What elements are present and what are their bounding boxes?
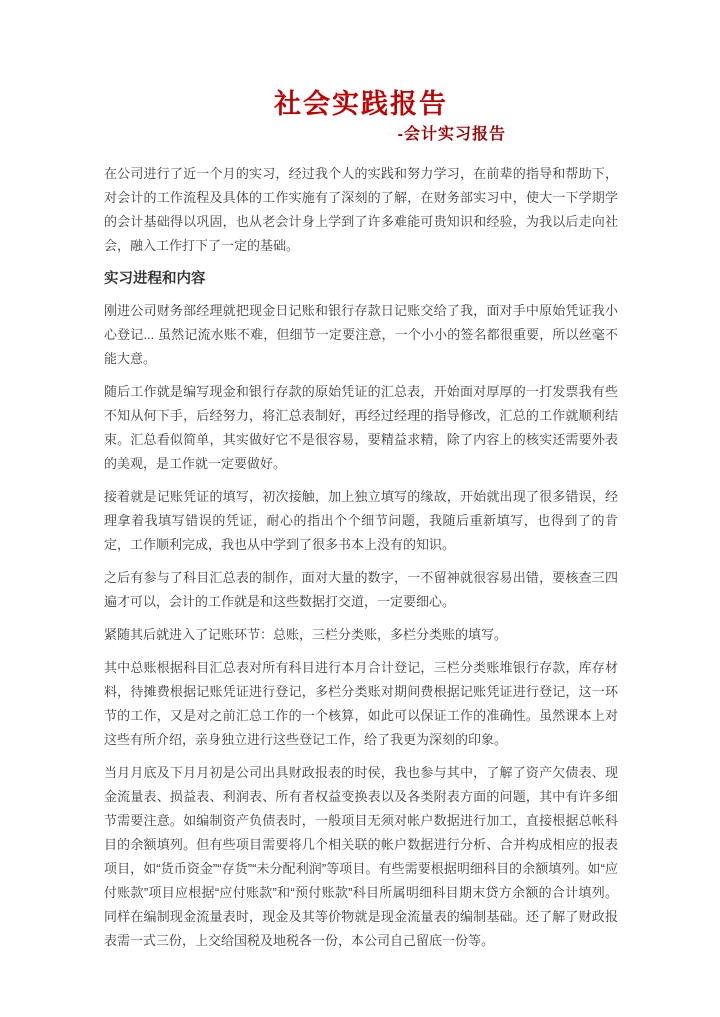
paragraph: 刚进公司财务部经理就把现金日记账和银行存款日记账交给了我，面对手中原始凭证我小心… (104, 299, 618, 371)
paragraph: 接着就是记账凭证的填写，初次接触，加上独立填写的缘故，开始就出现了很多错误，经理… (104, 485, 618, 557)
paragraph: 其中总账根据科目汇总表对所有科目进行本月合计登记，三栏分类账堆银行存款，库存材料… (104, 656, 618, 752)
document-page: 社会实践报告 -会计实习报告 在公司进行了近一个月的实习，经过我个人的实践和努力… (0, 0, 720, 1017)
document-body: 在公司进行了近一个月的实习，经过我个人的实践和努力学习，在前辈的指导和帮助下，对… (104, 162, 618, 953)
section-heading: 实习进程和内容 (104, 267, 618, 291)
document-title: 社会实践报告 (104, 88, 618, 122)
document-subtitle: -会计实习报告 (398, 126, 506, 143)
subtitle-row: -会计实习报告 (104, 124, 618, 146)
paragraph: 之后有参与了科目汇总表的制作，面对大量的数字，一不留神就很容易出错，要核查三四遍… (104, 566, 618, 614)
paragraph: 随后工作就是编写现金和银行存款的原始凭证的汇总表，开始面对厚厚的一打发票我有些不… (104, 380, 618, 476)
intro-paragraph: 在公司进行了近一个月的实习，经过我个人的实践和努力学习，在前辈的指导和帮助下，对… (104, 162, 618, 258)
paragraph: 当月月底及下月月初是公司出具财政报表的时侯，我也参与其中，了解了资产欠债表、现金… (104, 761, 618, 953)
paragraph: 紧随其后就进入了记账环节：总账，三栏分类账，多栏分类账的填写。 (104, 623, 618, 647)
